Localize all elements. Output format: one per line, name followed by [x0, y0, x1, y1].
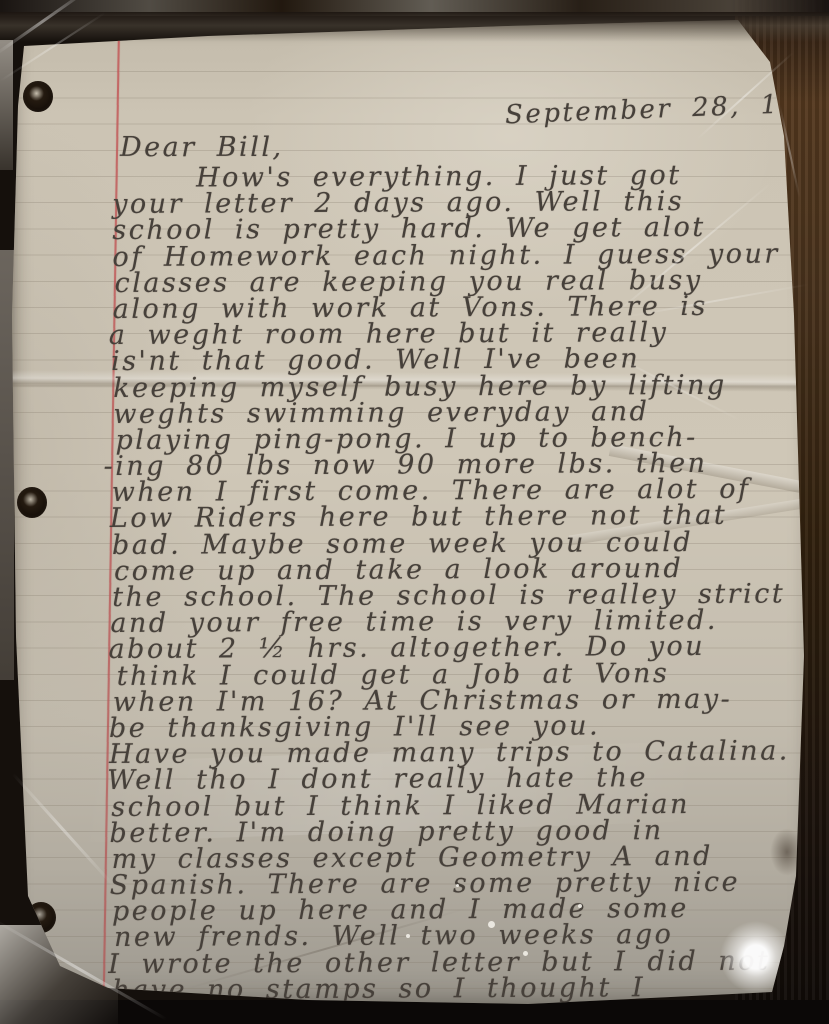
punch-hole-middle [17, 487, 47, 518]
frame-bottom-edge [0, 1000, 829, 1024]
punch-hole-top [23, 81, 53, 112]
frame-top-edge [0, 0, 829, 16]
plastic-sleeve-edge [0, 40, 13, 170]
plastic-sleeve-edge [0, 250, 14, 680]
letter-body: How's everything. I just gotyour letter … [112, 162, 816, 1004]
photo-frame: September 28, 1981 Dear Bill, How's ever… [0, 0, 829, 1024]
paper-sheet: September 28, 1981 Dear Bill, How's ever… [8, 16, 816, 1016]
letter-salutation: Dear Bill, [120, 132, 284, 163]
